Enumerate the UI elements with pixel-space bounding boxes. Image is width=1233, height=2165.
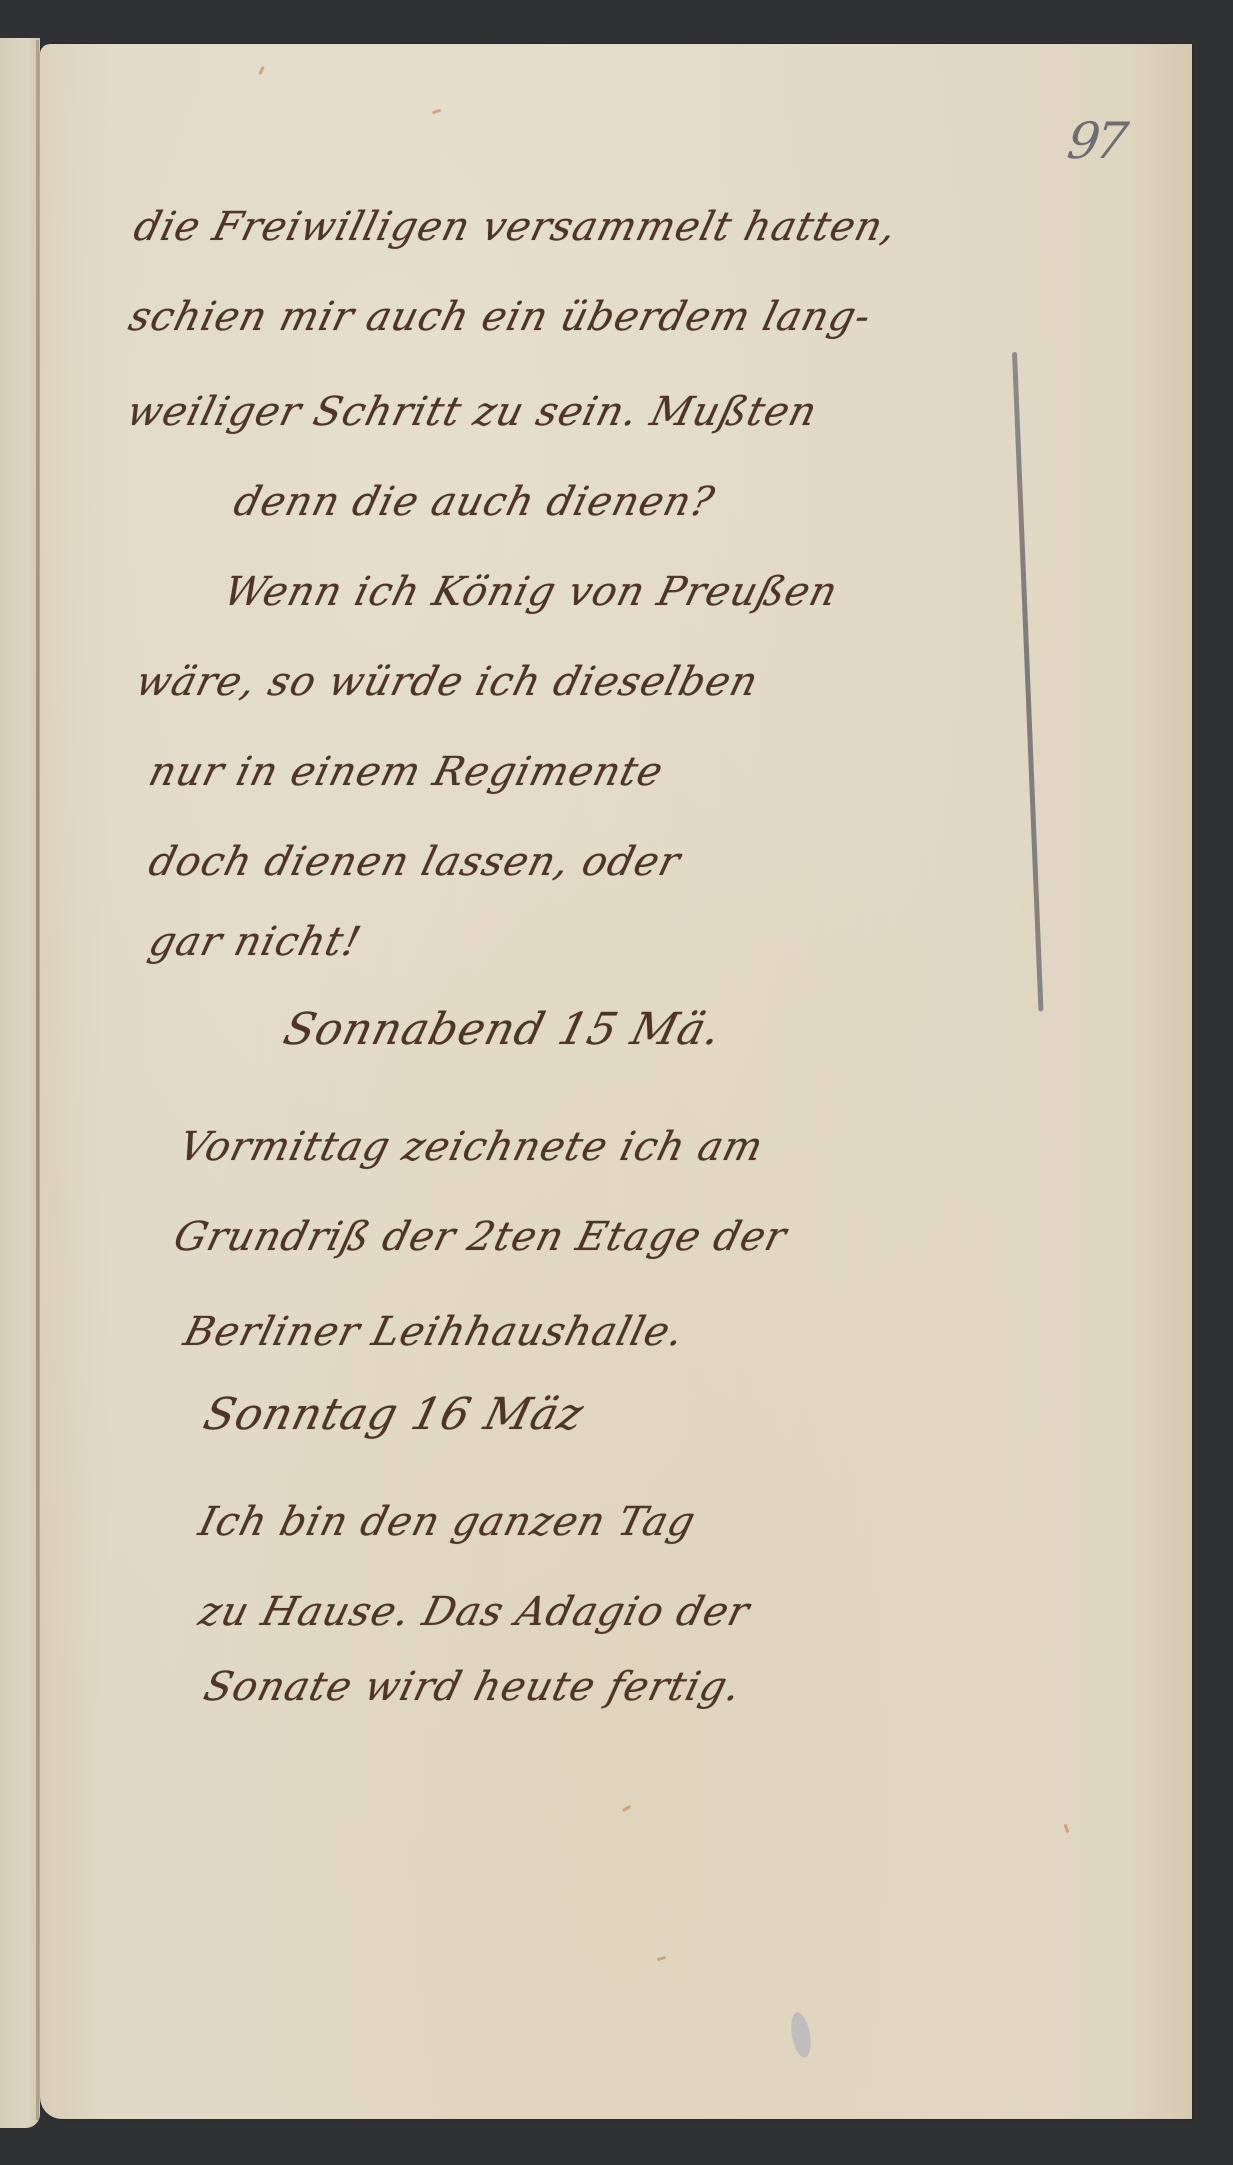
text-line: die Freiwilligen versammelt hatten, <box>129 204 902 250</box>
text-line: schien mir auch ein überdem lang- <box>124 294 876 340</box>
text-line: weiliger Schritt zu sein. Mußten <box>122 389 822 435</box>
text-line: Ich bin den ganzen Tag <box>194 1499 700 1545</box>
text-line: Sonate wird heute fertig. <box>199 1664 746 1710</box>
manuscript-page: 97 die Freiwilligen versammelt hatten, s… <box>40 44 1192 2119</box>
text-line: Berliner Leihhaushalle. <box>179 1309 689 1355</box>
text-line: doch dienen lassen, oder <box>144 839 685 885</box>
text-line: wäre, so würde ich dieselben <box>131 659 763 705</box>
paper-fleck <box>258 66 265 75</box>
ink-smudge <box>788 2011 814 2059</box>
text-line: nur in einem Regimente <box>144 749 668 795</box>
binding-gutter <box>36 40 39 2120</box>
previous-page-edge <box>0 38 40 2128</box>
paper-fleck <box>432 109 441 115</box>
text-line: gar nicht! <box>144 919 366 965</box>
pencil-margin-line <box>1012 352 1043 1012</box>
text-line: denn die auch dienen? <box>229 479 719 525</box>
paper-fleck <box>622 1805 631 1812</box>
text-line: Vormittag zeichnete ich am <box>174 1124 768 1170</box>
paper-fleck <box>1064 1824 1070 1833</box>
paper-fleck <box>657 1956 666 1961</box>
text-line: zu Hause. Das Adagio der <box>194 1589 754 1635</box>
text-line: Grundriß der 2ten Etage der <box>169 1214 791 1260</box>
folio-number: 97 <box>1064 112 1128 170</box>
text-line: Wenn ich König von Preußen <box>219 569 842 615</box>
manuscript-scan: 97 die Freiwilligen versammelt hatten, s… <box>0 0 1233 2165</box>
diary-entry-heading: Sonntag 16 Mäz <box>199 1389 590 1440</box>
diary-entry-heading: Sonnabend 15 Mä. <box>279 1004 727 1055</box>
